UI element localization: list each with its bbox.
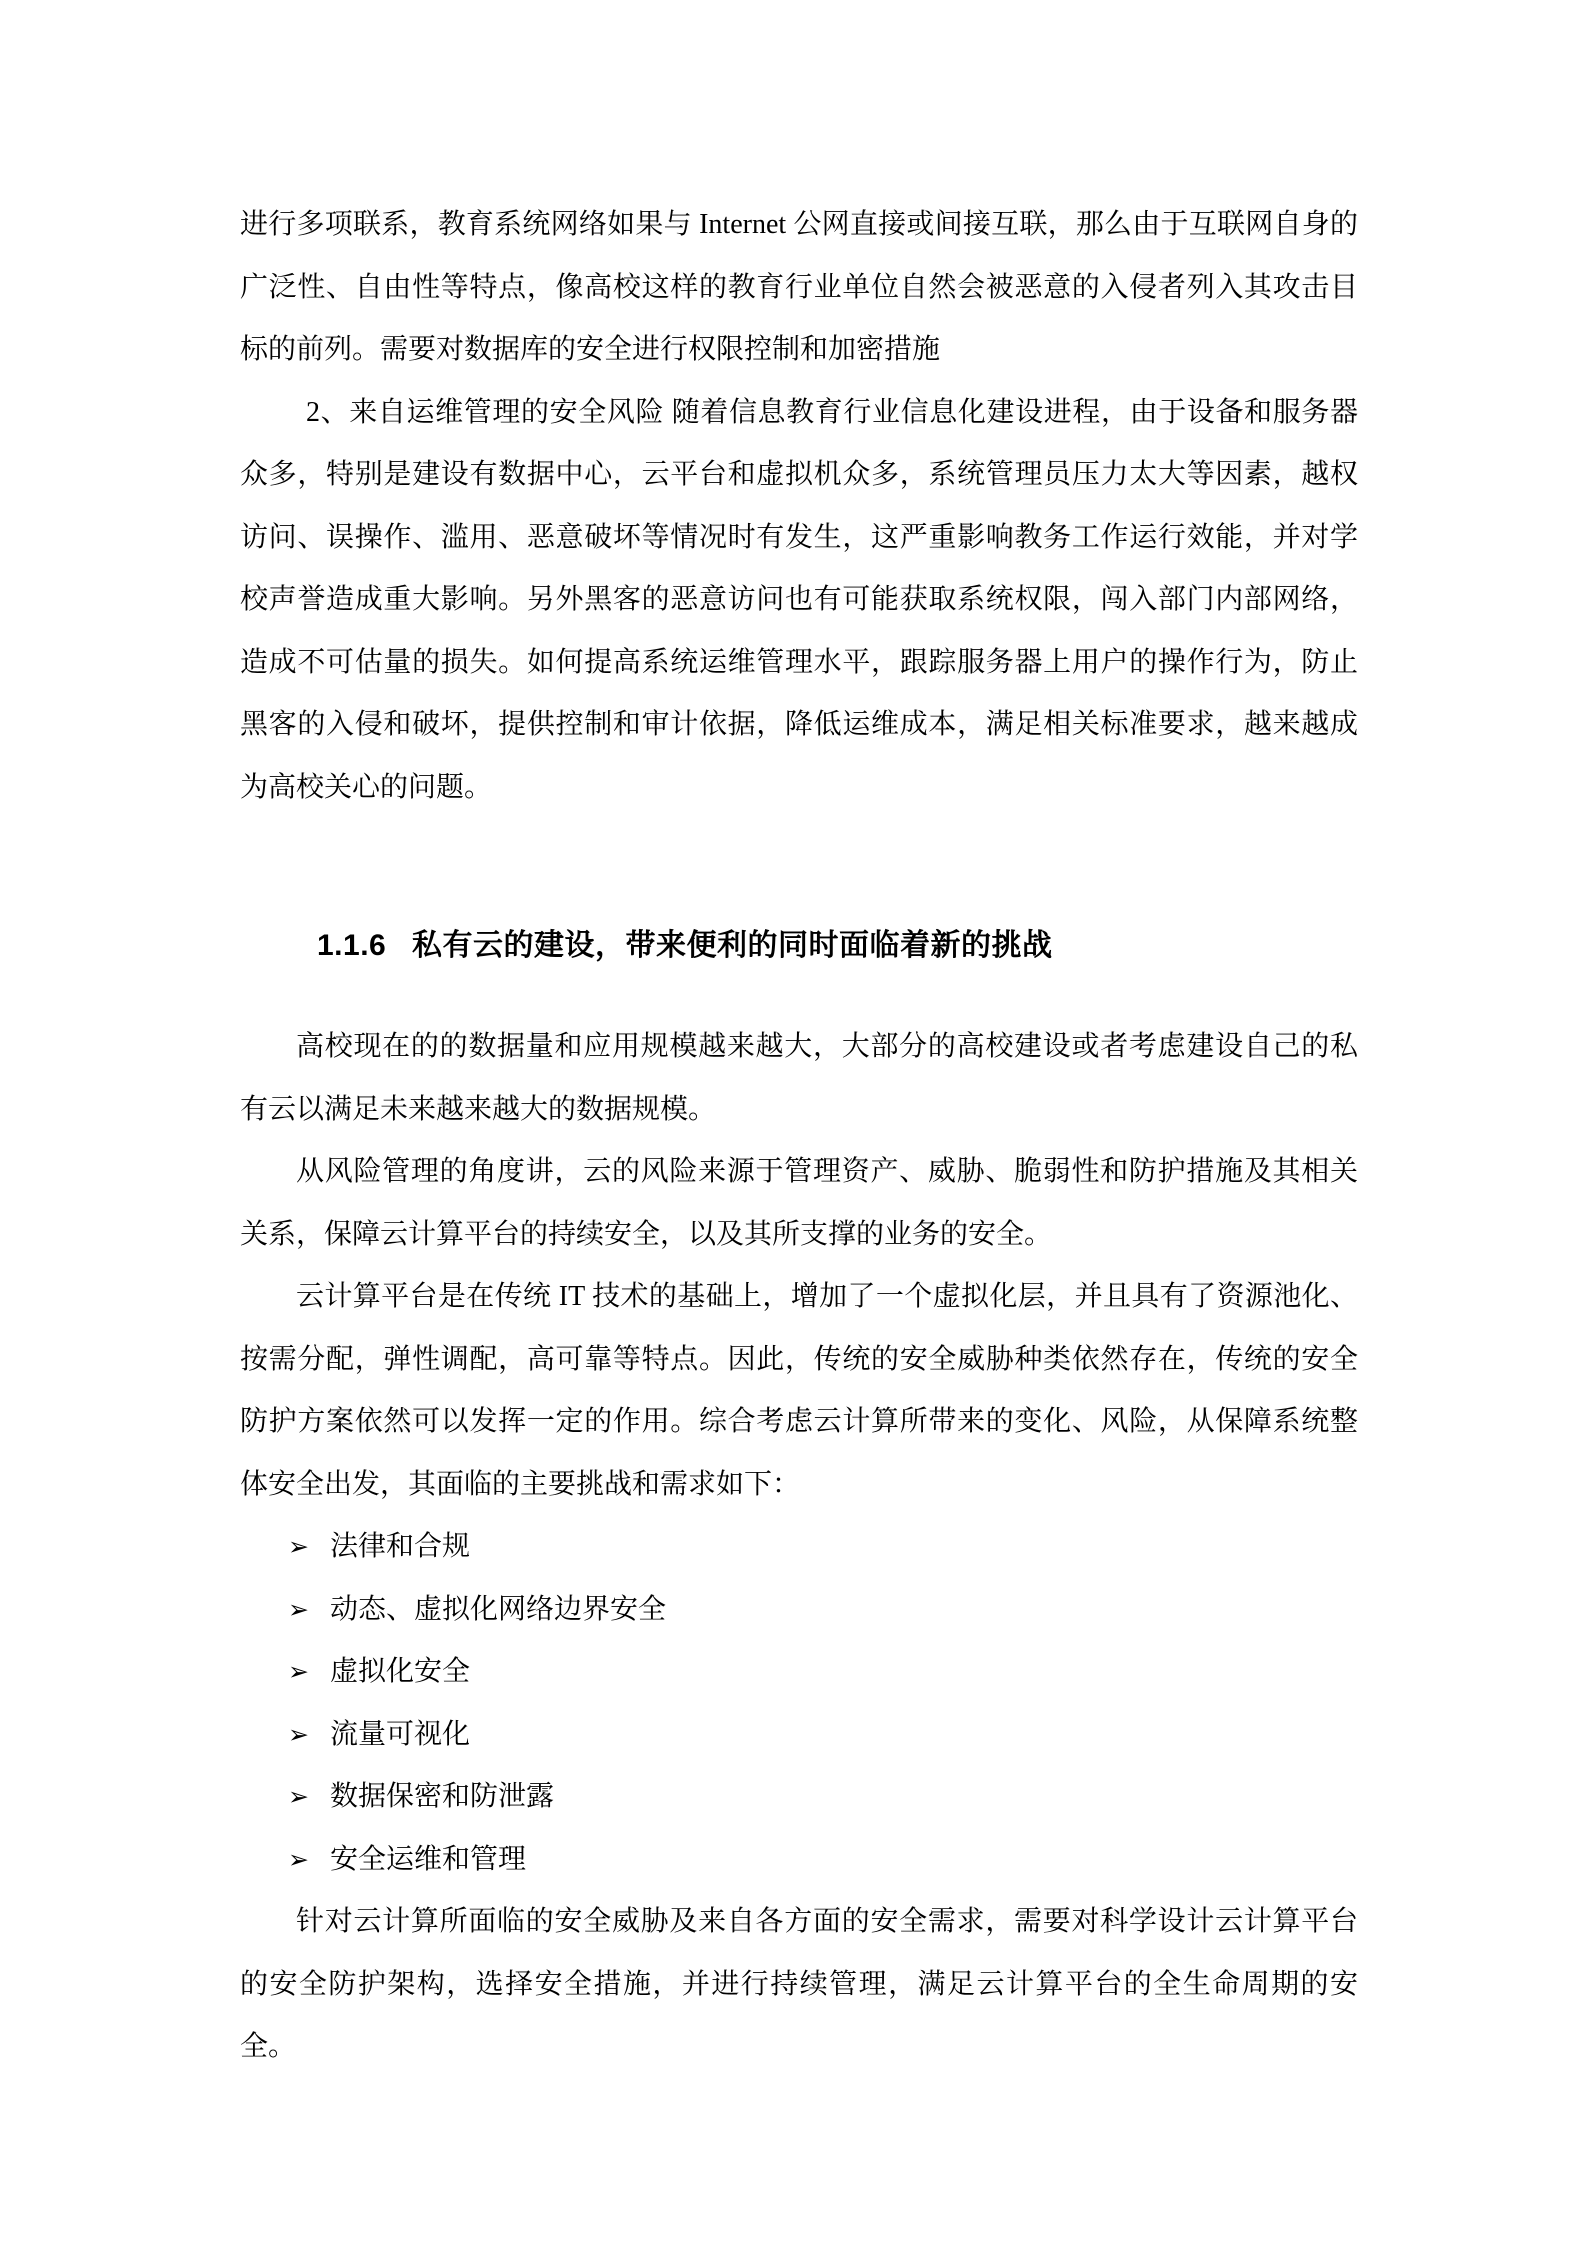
bullet-list: ➢ 法律和合规 ➢ 动态、虚拟化网络边界安全 ➢ 虚拟化安全 ➢ 流量可视化 ➢… [240, 1516, 1358, 1891]
bullet-label: 法律和合规 [330, 1516, 1358, 1579]
bullet-label: 安全运维和管理 [330, 1829, 1358, 1892]
bullet-arrow-icon: ➢ [288, 1829, 330, 1892]
bullet-label: 数据保密和防泄露 [330, 1766, 1358, 1829]
page-content: 进行多项联系，教育系统网络如果与 Internet 公网直接或间接互联，那么由于… [240, 194, 1358, 2079]
bullet-item: ➢ 安全运维和管理 [240, 1829, 1358, 1892]
bullet-item: ➢ 流量可视化 [240, 1704, 1358, 1767]
bullet-label: 虚拟化安全 [330, 1641, 1358, 1704]
bullet-arrow-icon: ➢ [288, 1766, 330, 1829]
bullet-item: ➢ 法律和合规 [240, 1516, 1358, 1579]
bullet-arrow-icon: ➢ [288, 1641, 330, 1704]
bullet-label: 流量可视化 [330, 1704, 1358, 1767]
paragraph-cloud-platform: 云计算平台是在传统 IT 技术的基础上，增加了一个虚拟化层，并且具有了资源池化、… [240, 1266, 1358, 1516]
heading-title: 私有云的建设，带来便利的同时面临着新的挑战 [412, 929, 1053, 962]
paragraph-network-risk: 进行多项联系，教育系统网络如果与 Internet 公网直接或间接互联，那么由于… [240, 194, 1358, 382]
bullet-arrow-icon: ➢ [288, 1704, 330, 1767]
bullet-item: ➢ 虚拟化安全 [240, 1641, 1358, 1704]
bullet-arrow-icon: ➢ [288, 1516, 330, 1579]
paragraph-conclusion: 针对云计算所面临的安全威胁及来自各方面的安全需求，需要对科学设计云计算平台的安全… [240, 1891, 1358, 2079]
bullet-arrow-icon: ➢ [288, 1579, 330, 1642]
paragraph-risk-management: 从风险管理的角度讲，云的风险来源于管理资产、威胁、脆弱性和防护措施及其相关关系，… [240, 1141, 1358, 1266]
bullet-item: ➢ 数据保密和防泄露 [240, 1766, 1358, 1829]
paragraph-private-cloud: 高校现在的的数据量和应用规模越来越大，大部分的高校建设或者考虑建设自己的私有云以… [240, 1016, 1358, 1141]
paragraph-ops-risk: 2、来自运维管理的安全风险 随着信息教育行业信息化建设进程，由于设备和服务器众多… [240, 382, 1358, 820]
bullet-item: ➢ 动态、虚拟化网络边界安全 [240, 1579, 1358, 1642]
section-heading: 1.1.6私有云的建设，带来便利的同时面临着新的挑战 [240, 923, 1358, 969]
document-page: 进行多项联系，教育系统网络如果与 Internet 公网直接或间接互联，那么由于… [0, 0, 1587, 2245]
bullet-label: 动态、虚拟化网络边界安全 [330, 1579, 1358, 1642]
heading-number: 1.1.6 [317, 923, 412, 969]
